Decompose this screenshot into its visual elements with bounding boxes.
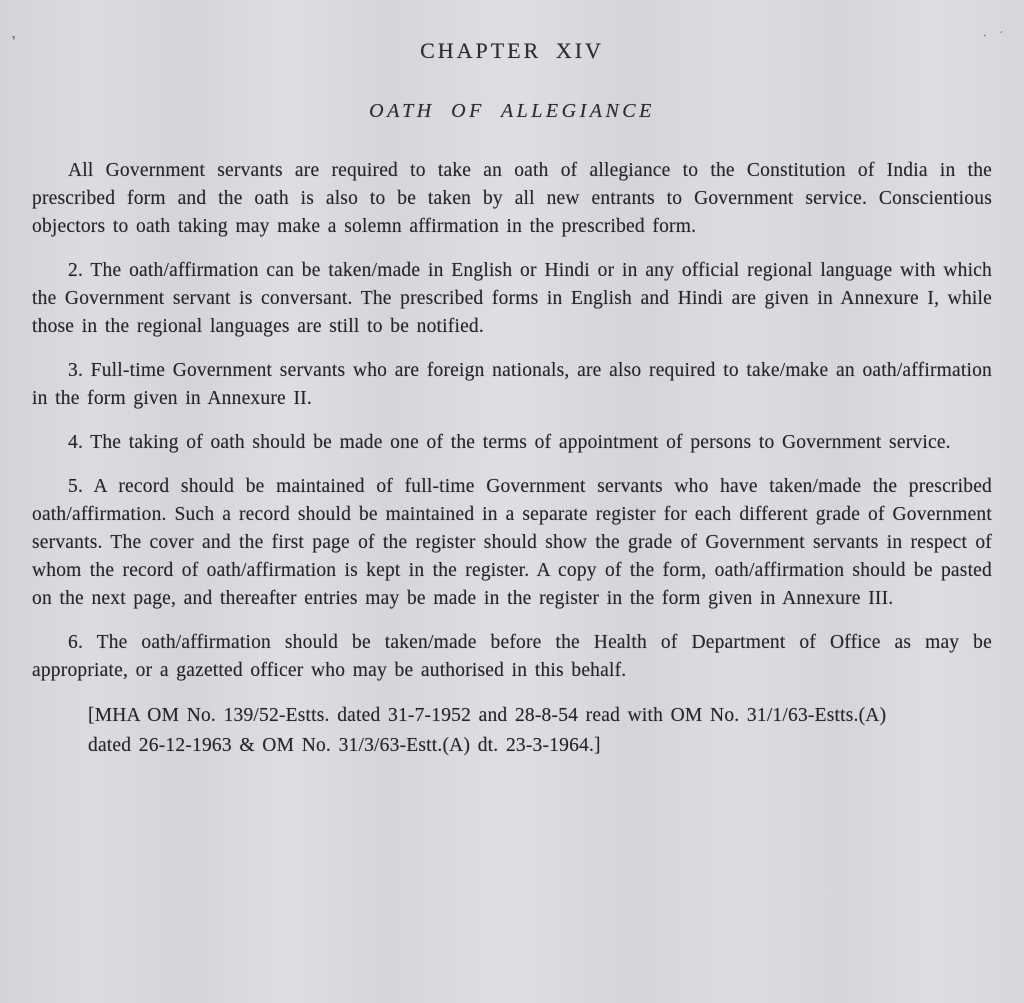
intro-paragraph: All Government servants are required to … [32, 157, 992, 241]
scan-artifact-mark-right: · ˊ [983, 30, 1008, 42]
paragraph-6: 6. The oath/affirmation should be taken/… [32, 629, 992, 685]
chapter-title: CHAPTER XIV [32, 38, 992, 64]
citation-reference: [MHA OM No. 139/52-Estts. dated 31-7-195… [88, 701, 926, 761]
paragraph-4: 4. The taking of oath should be made one… [32, 429, 992, 457]
scan-artifact-mark-left: ’ [10, 34, 20, 51]
section-title: OATH OF ALLEGIANCE [32, 100, 992, 123]
paragraph-3: 3. Full-time Government servants who are… [32, 357, 992, 413]
paragraph-5: 5. A record should be maintained of full… [32, 473, 992, 613]
scanned-document-page: ’ · ˊ CHAPTER XIV OATH OF ALLEGIANCE All… [0, 0, 1024, 1003]
paragraph-2: 2. The oath/affirmation can be taken/mad… [32, 257, 992, 341]
document-body: All Government servants are required to … [32, 157, 992, 761]
